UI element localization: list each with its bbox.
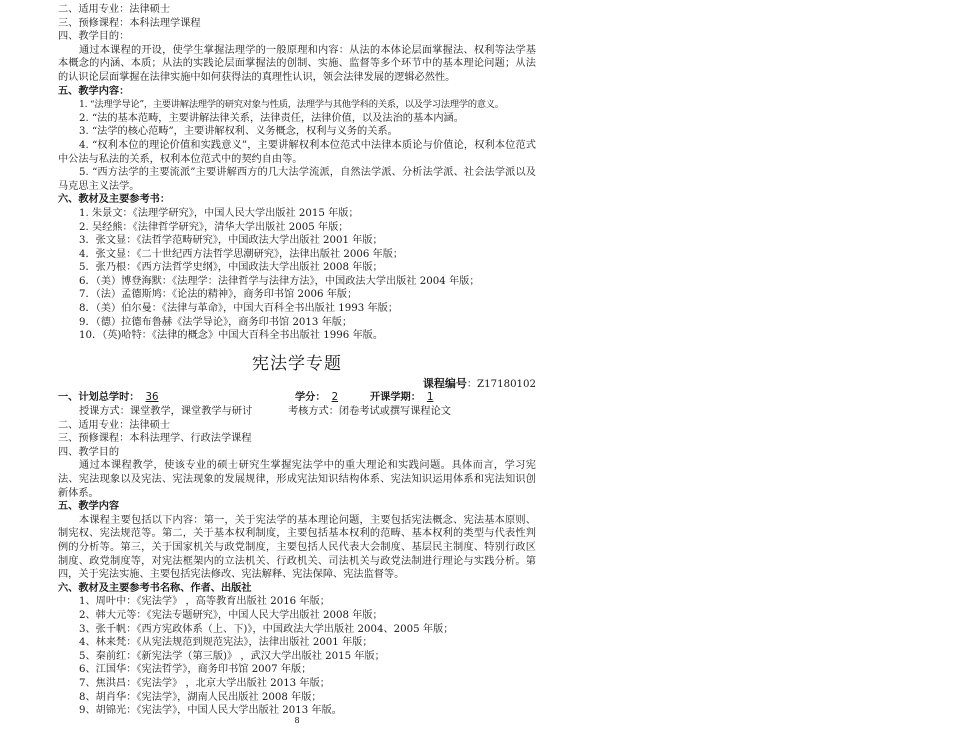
c2-hours-label: 一、计划总学时：: [58, 392, 140, 403]
c2-section-goal-paragraph: 通过本课程教学，使该专业的硕士研究生掌握宪法学中的重大理论和实践问题。具体而言，…: [58, 459, 536, 500]
c2-hours-group: 一、计划总学时：36: [58, 391, 164, 405]
c1-section-goal-heading: 四、教学目的：: [58, 30, 536, 44]
c1-book-item: 7．（法）孟德斯鸠：《论法的精神》，商务印书馆 2006 年版；: [58, 288, 536, 302]
c2-section-content-paragraph: 本课程主要包括以下内容：第一，关于宪法学的基本理论问题，主要包括宪法概念、宪法基…: [58, 514, 536, 582]
c1-book-item: 5．张乃根：《西方法哲学史纲》，中国政法大学出版社 2008 年版；: [58, 261, 536, 275]
c2-book-item: 7、焦洪昌：《宪法学》 ，北京大学出版社 2013 年版；: [58, 677, 536, 691]
c2-book-item: 6、江国华：《宪法哲学》，商务印书馆 2007 年版；: [58, 663, 536, 677]
c2-book-item: 5、秦前红：《新宪法学（第三版)》 ，武汉大学出版社 2015 年版；: [58, 650, 536, 664]
course-code-label: 课程编号: [423, 377, 467, 390]
c2-book-item: 4、林来梵：《从宪法规范到规范宪法》，法律出版社 2001 年版；: [58, 636, 536, 650]
c2-section-prereq: 三、预修课程：本科法理学、行政法学课程: [58, 432, 536, 446]
c2-semester-value: 1: [421, 392, 439, 403]
c2-section-hours-row: 一、计划总学时：36 学分：2 开课学期：1: [58, 391, 536, 405]
c2-hours-value: 36: [140, 392, 165, 403]
c2-teaching-method: 授课方式：课堂教学，课堂教学与研讨: [79, 405, 252, 419]
c1-section-books-heading: 六、教材及主要参考书：: [58, 193, 536, 207]
c2-book-item: 8、胡肖华：《宪法学》，湖南人民出版社 2008 年版；: [58, 691, 536, 705]
c1-book-item: 9．（德）拉德布鲁赫《法学导论》，商务印书馆 2013 年版；: [58, 316, 536, 330]
c2-book-item: 1、周叶中：《宪法学》 ，高等教育出版社 2016 年版；: [58, 595, 536, 609]
c2-section-major: 二、适用专业：法律硕士: [58, 419, 536, 433]
c2-semester-group: 开课学期：1: [370, 391, 439, 405]
c2-section-books-heading: 六、教材及主要参考书名称、作者、出版社: [58, 582, 536, 596]
c2-method-row: 授课方式：课堂教学，课堂教学与研讨 考核方式：闭卷考试或撰写课程论文: [58, 405, 536, 419]
c2-book-item: 3、张千帆：《西方宪政体系（上、下)》，中国政法大学出版社 2004、2005 …: [58, 623, 536, 637]
c1-book-item: 6．（美）博登海默：《法理学：法律哲学与法律方法》，中国政法大学出版社 2004…: [58, 275, 536, 289]
c2-book-item: 2、韩大元等：《宪法专题研究》，中国人民大学出版社 2008 年版；: [58, 609, 536, 623]
c1-book-item: 10．（英)哈特：《法律的概念》中国大百科全书出版社 1996 年版。: [58, 329, 536, 343]
document-page: 二、适用专业：法律硕士 三、预修课程：本科法理学课程 四、教学目的： 通过本课程…: [58, 3, 536, 718]
c1-book-item: 4．张文显：《二十世纪西方法哲学思潮研究》，法律出版社 2006 年版；: [58, 248, 536, 262]
c2-semester-label: 开课学期：: [370, 392, 421, 403]
c2-section-goal-heading: 四、教学目的: [58, 446, 536, 460]
c1-content-item: 5. “西方法学的主要流派”主要讲解西方的几大法学流派，自然法学派、分析法学派、…: [58, 166, 536, 193]
c1-content-item: 4. “权利本位的理论价值和实践意义”，主要讲解权利本位范式中法律本质论与价值论…: [58, 139, 536, 166]
c1-content-item: 1. “法理学导论”，主要讲解法理学的研究对象与性质，法理学与其他学科的关系，以…: [58, 98, 536, 112]
c2-credit-label: 学分：: [295, 392, 326, 403]
c1-section-goal-paragraph: 通过本课程的开设，使学生掌握法理学的一般原理和内容：从法的本体论层面掌握法、权利…: [58, 44, 536, 85]
c2-section-content-heading: 五、教学内容: [58, 500, 536, 514]
c1-section-prereq: 三、预修课程：本科法理学课程: [58, 17, 536, 31]
course-code-value: ：Z17180102: [467, 379, 536, 390]
c1-content-item: 3. “法学的核心范畴”，主要讲解权利、义务概念，权利与义务的关系。: [58, 125, 536, 139]
c2-assessment: 考核方式：闭卷考试或撰写课程论文: [288, 405, 451, 419]
c1-book-item: 8．（美）伯尔曼：《法律与革命》，中国大百科全书出版社 1993 年版；: [58, 302, 536, 316]
c1-section-major: 二、适用专业：法律硕士: [58, 3, 536, 17]
c1-book-item: 1. 朱景文：《法理学研究》，中国人民大学出版社 2015 年版；: [58, 207, 536, 221]
c1-section-content-heading: 五、教学内容：: [58, 85, 536, 99]
course-code-row: 课程编号：Z17180102: [58, 377, 536, 392]
c1-book-item: 2. 吴经熊：《法律哲学研究》，清华大学出版社 2005 年版；: [58, 221, 536, 235]
c2-credit-value: 2: [326, 392, 344, 403]
page-number: 8: [58, 714, 536, 728]
c2-credit-group: 学分：2: [295, 391, 344, 405]
course-title: 宪法学专题: [58, 353, 536, 375]
c1-book-item: 3．张文显：《法哲学范畴研究》，中国政法大学出版社 2001 年版；: [58, 234, 536, 248]
c1-content-item: 2. “法的基本范畴，主要讲解法律关系，法律责任，法律价值，以及法治的基本内涵。: [58, 112, 536, 126]
